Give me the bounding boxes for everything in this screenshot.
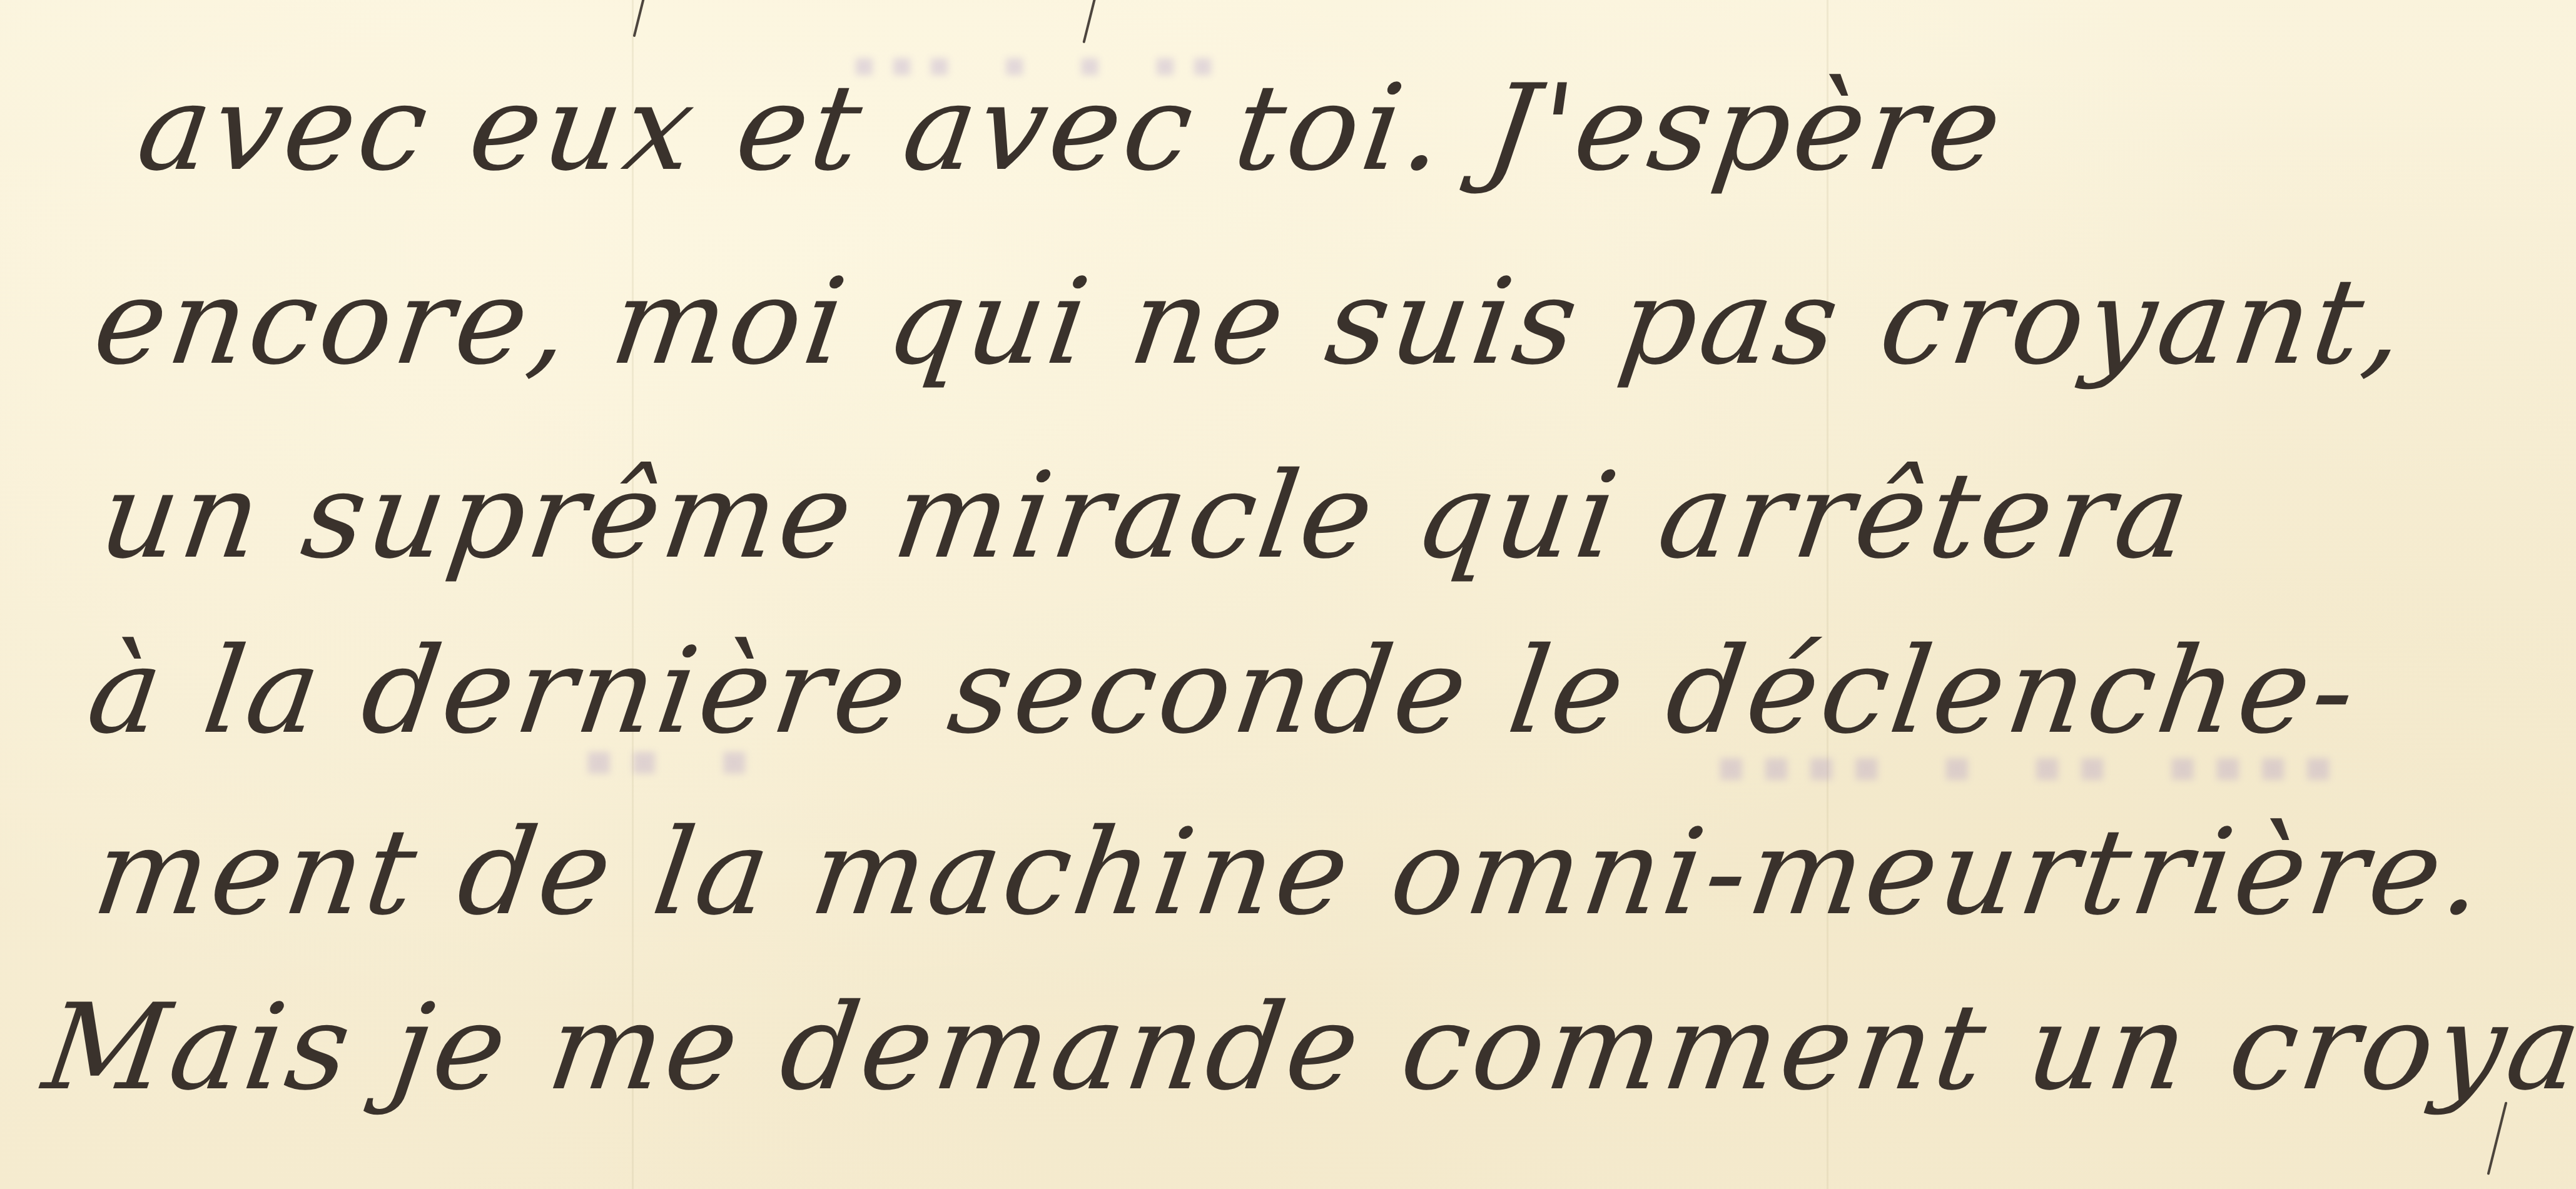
letter-page: ▪▪▪ ▪ ▪ ▪▪ ▪▪ ▪ ▪▪▪▪ ▪ ▪▪ ▪▪▪▪ avec eux …: [0, 0, 2576, 1189]
letter-line-1: avec eux et avec toi. J'espère: [131, 69, 2012, 188]
letter-line-3: un suprême miracle qui arrêtera: [94, 457, 2199, 575]
letter-line-2: encore, moi qui ne suis pas croyant,: [88, 263, 2415, 382]
ink-stroke: [633, 0, 646, 37]
ink-stroke: [1082, 0, 1097, 43]
letter-line-5: ment de la machine omni-meurtrière.: [88, 813, 2494, 932]
letter-line-6: Mais je me demande comment un croyant,: [38, 988, 2576, 1107]
letter-line-4: à la dernière seconde le déclenche-: [81, 632, 2366, 751]
